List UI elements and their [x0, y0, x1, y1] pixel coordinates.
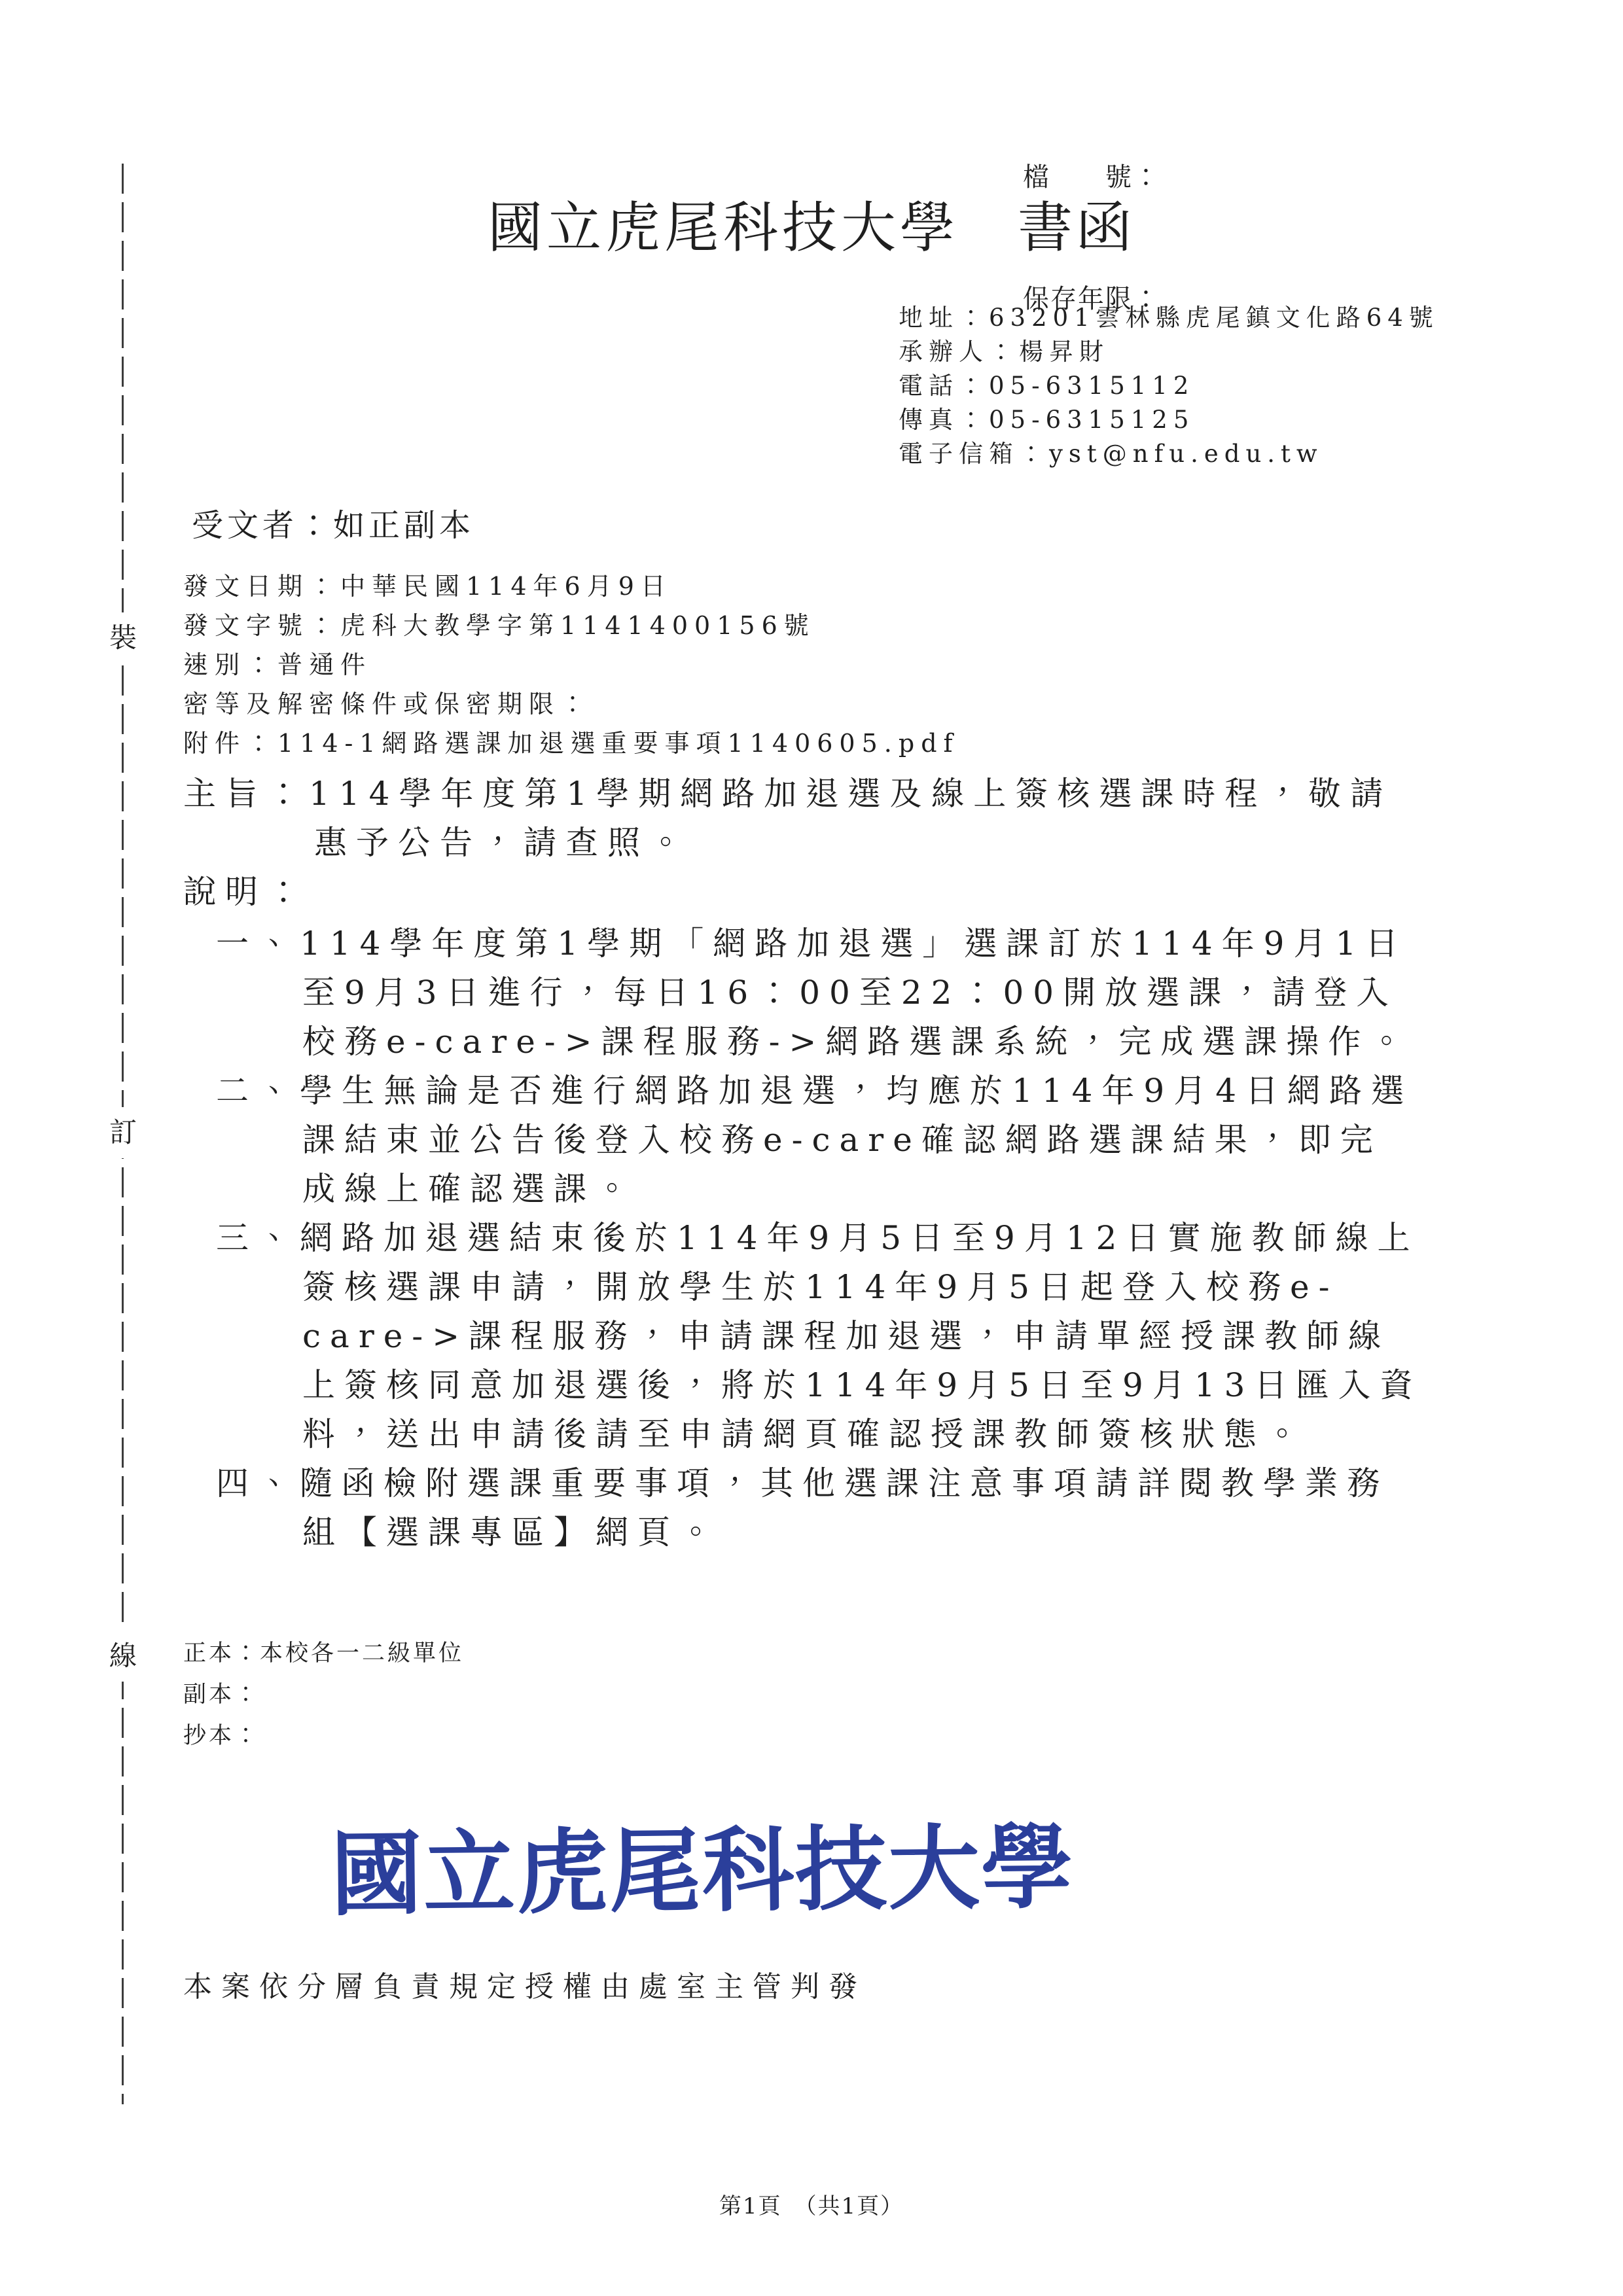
item-number: 三、	[216, 1219, 300, 1257]
item-text: 學生無論是否進行網路加退選，均應於114年9月4日網路選課結束並公告後登入校務e…	[300, 1072, 1413, 1208]
recipient-line: 受文者：如正副本	[192, 500, 474, 545]
item-number: 四、	[216, 1464, 300, 1502]
attachment-line: 附件：114-1網路選課加退選重要事項1140605.pdf	[183, 724, 959, 763]
document-meta-block: 發文日期：中華民國114年6月9日 發文字號：虎科大教學字第1141400156…	[183, 567, 959, 763]
subject-paragraph: 主旨：114學年度第1學期網路加退選及線上簽核選課時程，敬請惠予公告，請查照。	[183, 769, 1423, 868]
sender-email: 電子信箱：yst@nfu.edu.tw	[899, 437, 1439, 471]
sender-address: 地址：63201雲林縣虎尾鎮文化路64號	[899, 301, 1439, 335]
delegation-note: 本案依分層負責規定授權由處室主管判發	[183, 1963, 866, 2005]
sender-fax: 傳真：05-6315125	[899, 403, 1439, 437]
explanation-items: 一、114學年度第1學期「網路加退選」選課訂於114年9月1日至9月3日進行，每…	[183, 919, 1423, 1557]
security-line: 密等及解密條件或保密期限：	[183, 684, 959, 724]
explanation-item-2: 二、學生無論是否進行網路加退選，均應於114年9月4日網路選課結束並公告後登入校…	[216, 1067, 1423, 1214]
sender-contact-person: 承辦人：楊昇財	[899, 335, 1439, 369]
university-seal: 國立虎尾科技大學	[330, 1794, 1075, 1934]
sender-phone: 電話：05-6315112	[899, 369, 1439, 403]
binding-mark-xian: 線	[105, 1631, 141, 1682]
document-title: 國立虎尾科技大學 書函	[0, 184, 1623, 263]
copies-block: 正本：本校各一二級單位 副本： 抄本：	[183, 1633, 464, 1757]
speed-line: 速別：普通件	[183, 645, 959, 684]
doc-number-line: 發文字號：虎科大教學字第1141400156號	[183, 606, 959, 645]
binding-mark-ding: 訂	[105, 1107, 141, 1158]
issue-date-line: 發文日期：中華民國114年6月9日	[183, 567, 959, 606]
page-number-footer: 第1頁 （共1頁）	[0, 2188, 1623, 2220]
item-text: 114學年度第1學期「網路加退選」選課訂於114年9月1日至9月3日進行，每日1…	[300, 925, 1412, 1061]
explanation-label: 說明：	[183, 868, 1423, 917]
item-text: 隨函檢附選課重要事項，其他選課注意事項請詳閱教學業務組【選課專區】網頁。	[300, 1464, 1389, 1551]
duplicate-copy-line: 副本：	[183, 1674, 464, 1716]
explanation-item-1: 一、114學年度第1學期「網路加退選」選課訂於114年9月1日至9月3日進行，每…	[216, 919, 1423, 1067]
transcript-copy-line: 抄本：	[183, 1716, 464, 1757]
item-number: 一、	[216, 925, 300, 963]
sender-info-block: 地址：63201雲林縣虎尾鎮文化路64號 承辦人：楊昇財 電話：05-63151…	[899, 301, 1439, 471]
item-number: 二、	[216, 1072, 300, 1110]
subject-text: 114學年度第1學期網路加退選及線上簽核選課時程，敬請惠予公告，請查照。	[309, 775, 1392, 862]
original-copy-line: 正本：本校各一二級單位	[183, 1633, 464, 1674]
explanation-item-3: 三、網路加退選結束後於114年9月5日至9月12日實施教師線上簽核選課申請，開放…	[216, 1214, 1423, 1459]
letter-body: 主旨：114學年度第1學期網路加退選及線上簽核選課時程，敬請惠予公告，請查照。 …	[183, 769, 1423, 1557]
explanation-item-4: 四、隨函檢附選課重要事項，其他選課注意事項請詳閱教學業務組【選課專區】網頁。	[216, 1459, 1423, 1557]
subject-label: 主旨：	[183, 775, 309, 813]
binding-mark-zhuang: 裝	[105, 612, 141, 663]
item-text: 網路加退選結束後於114年9月5日至9月12日實施教師線上簽核選課申請，開放學生…	[300, 1219, 1422, 1453]
official-letter-page: 裝 訂 線 檔 號： 保存年限： 國立虎尾科技大學 書函 地址：63201雲林縣…	[0, 0, 1623, 2296]
